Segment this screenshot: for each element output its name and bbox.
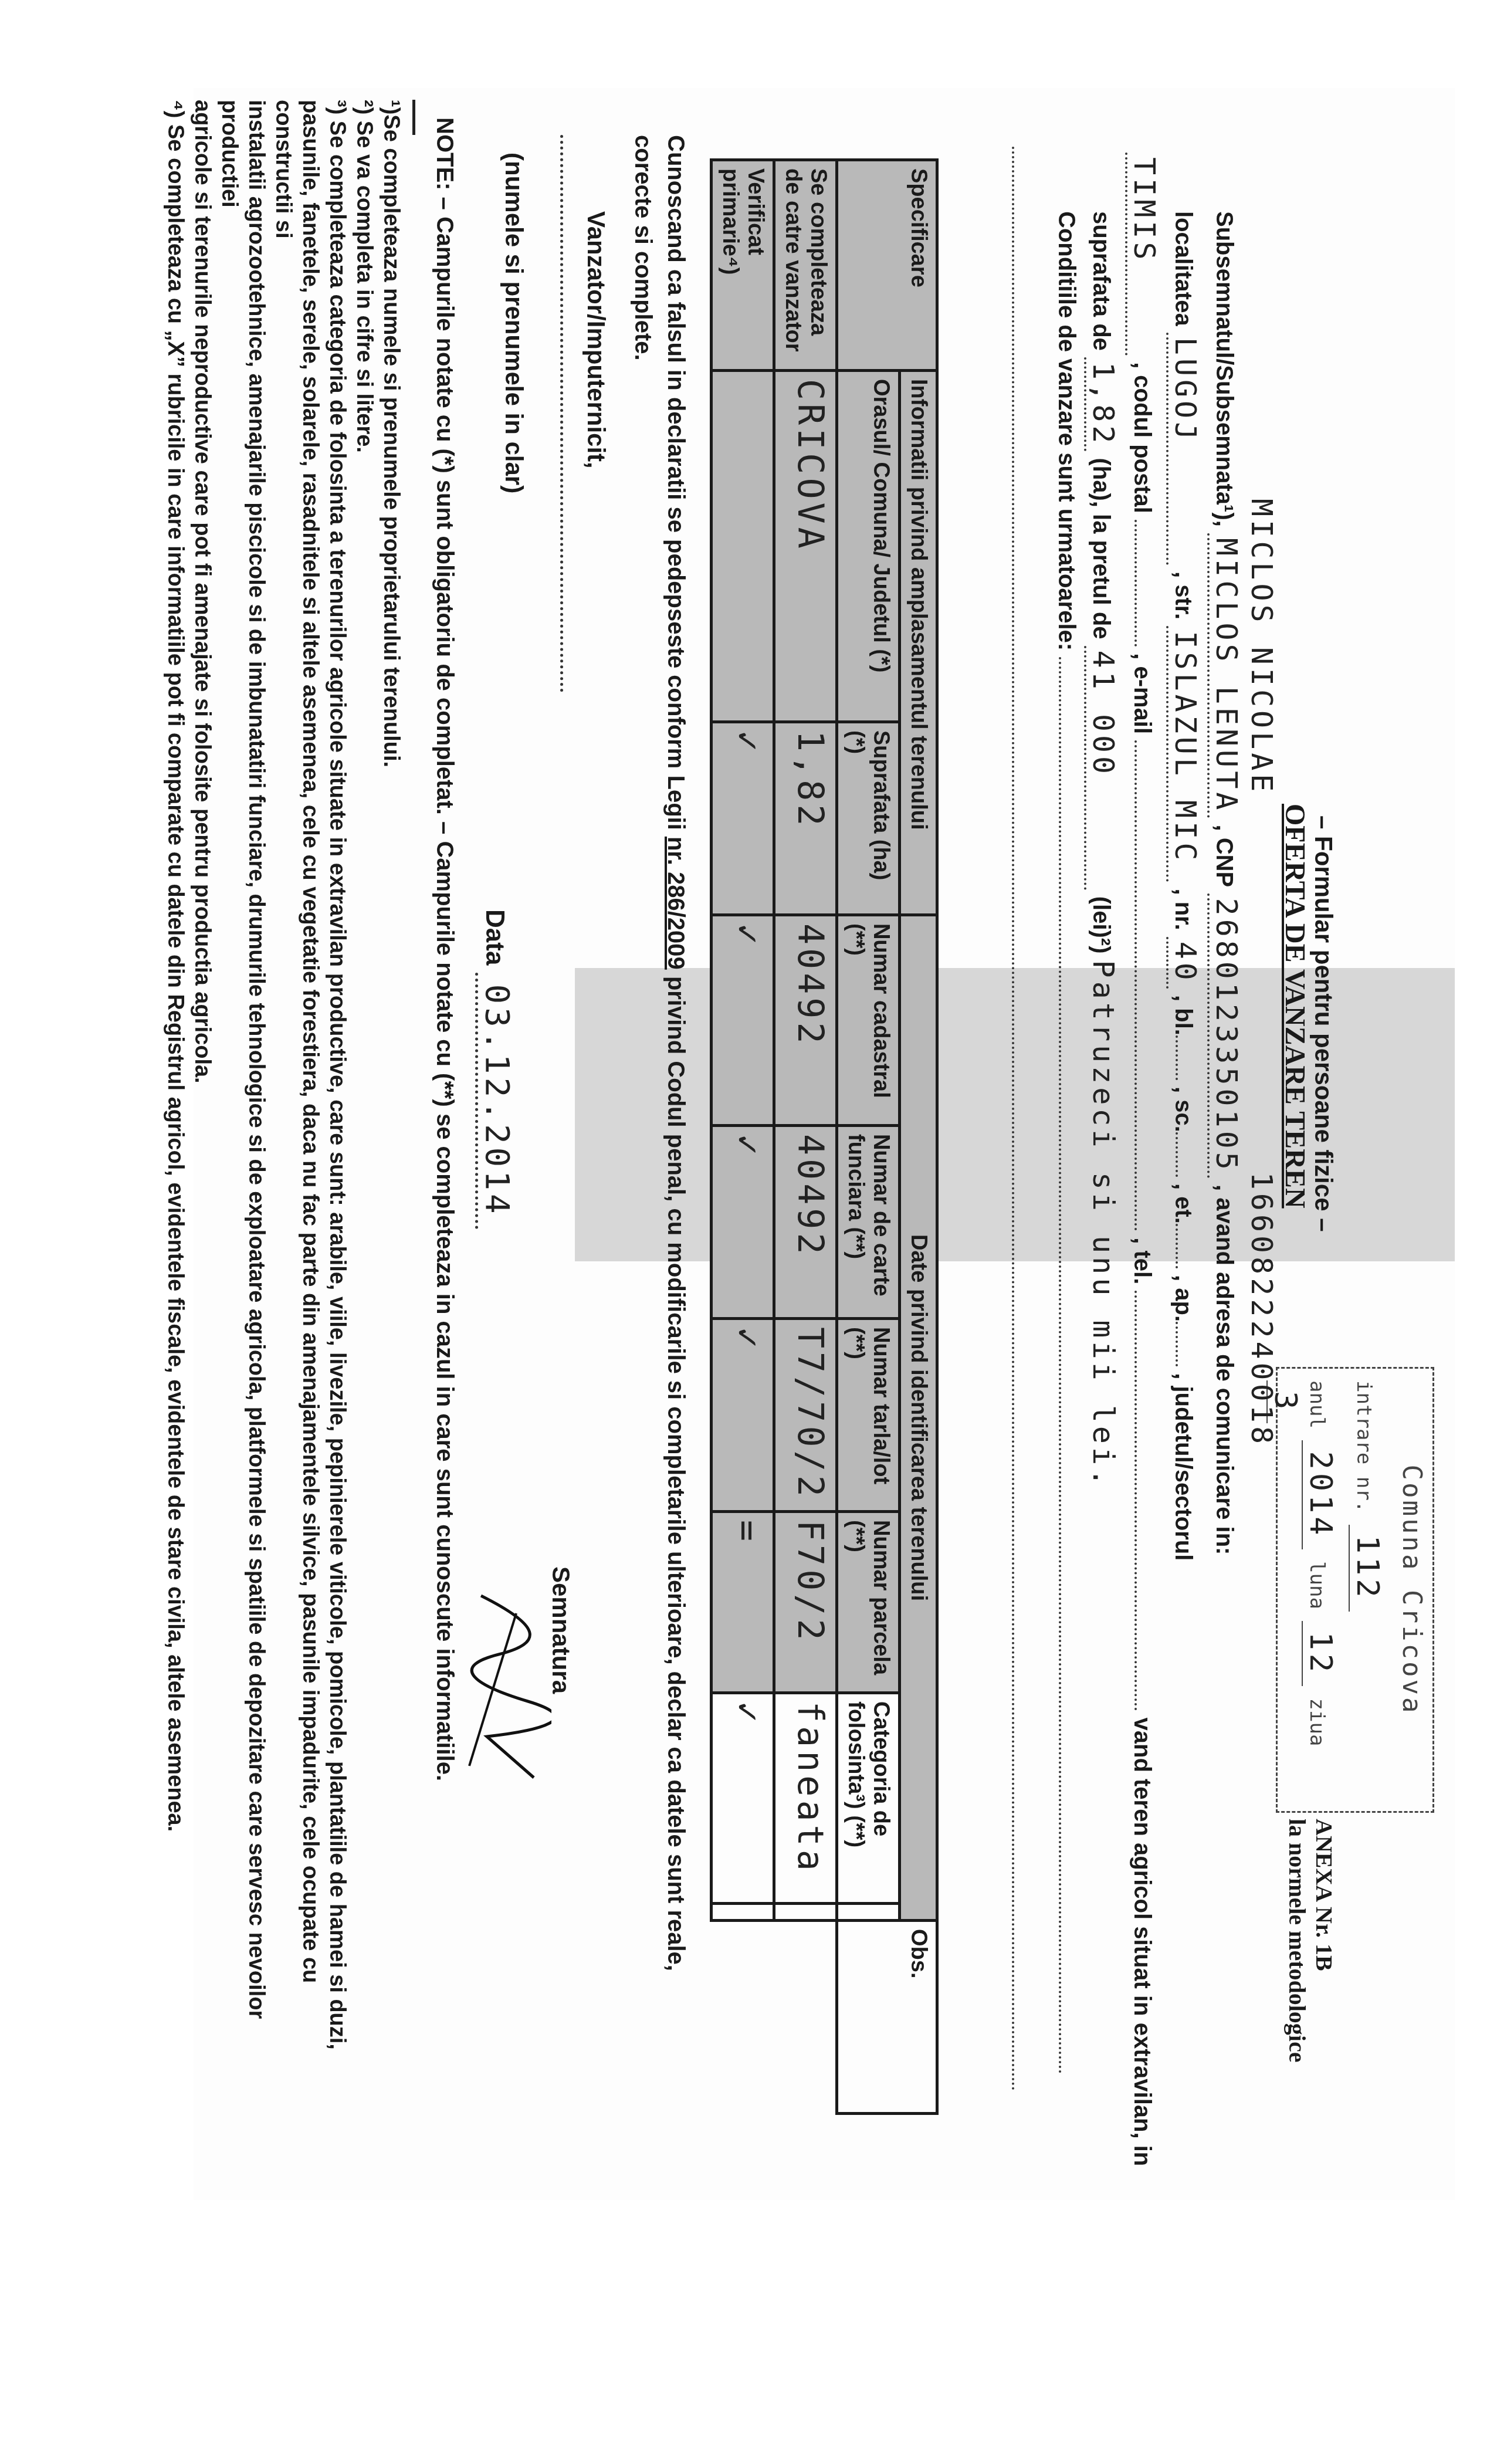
ap-label: , ap. [1170,1275,1196,1322]
declaration-text-1: Cunoscand ca falsul in declaratii se ped… [663,135,689,837]
seller-name-field[interactable] [560,135,563,692]
obs-header: Obs. [837,1921,937,2114]
phone-label: , tel. [1129,1237,1155,1284]
price-value: 41 000 [1086,651,1120,778]
street-value: ISLAZUL MIC [1169,631,1203,864]
area-value: 1,82 [1086,362,1120,446]
stamp-entry-no: 112 [1349,1525,1385,1612]
conditions-label: Conditiile de vanzare sunt urmatoarele: [1054,211,1079,651]
cell-area[interactable]: 1,82 [774,722,837,915]
owner-label: Subsemnatul/Subsemnata¹), [1211,211,1237,527]
locality-value: LUGOJ [1169,337,1203,444]
table-column-header: Orasul/ Comuna/ Judetul (*) Suprafata (h… [837,160,900,2114]
cell-locality[interactable]: CRICOVA [774,371,837,722]
registration-stamp: Comuna Cricova intrare nr. 112 anul 2014… [1276,1367,1434,1813]
offer-row: suprafata de 1,82 (ha), la pretul de 41 … [1084,211,1120,1490]
cell-landbook[interactable]: 40492 [774,1126,837,1319]
form-subtitle: – Formular pentru persoane fizice – [1309,815,1337,1232]
county-label: , judetul/sectorul [1170,1373,1196,1561]
footnote-3-cont-2: instalatii agrozootehnice, amenajarile p… [216,100,270,2094]
footnote-2: ²) Se va completa in cifre si litere. [351,100,378,2094]
cell-verified-parcel[interactable]: = [712,1512,774,1693]
col-tarla-header: Numar tarla/lot (**) [837,1319,900,1512]
area-label: suprafata de [1088,211,1114,351]
sale-intro: vand teren agricol situat in extravilan,… [1129,1718,1155,2167]
notes-line: NOTE: – Campurile notate cu (*) sunt obl… [431,117,458,1781]
conditions-field[interactable] [1059,657,1061,2074]
col-area-header: Suprafata (ha) (*) [837,722,900,915]
owner-cnp-1: 1660822240018 [1245,1172,1279,1447]
spec-header: Specificare [837,160,937,371]
bl-field[interactable] [1176,1035,1178,1080]
table-row: Se completeaza de catre vanzator CRICOVA… [774,160,837,2114]
owner-name-2: MICLOS LENUTA [1210,538,1244,813]
cell-verified-area[interactable]: ✓ [712,722,774,915]
footnotes: ¹)Se completeaza numele si prenumele pro… [162,100,405,2094]
contact-row: TIMIS , codul postal , e-mail , tel. van… [1125,153,1161,2166]
annex-number: ANEXA Nr. 1B [1310,1819,1337,2062]
footnote-3-cont-3: agricole si terenurile neproductive care… [189,100,216,2094]
identification-group-header: Date privind identificarea terenului [900,915,937,1921]
col-category-header: Categoria de folosinta³) (**) [837,1693,900,1904]
cell-tarla[interactable]: T7/70/2 [774,1319,837,1512]
county-value: TIMIS [1127,157,1161,263]
table-group-header: Specificare Informatii privind amplasame… [900,160,937,2114]
seller-name-hint: (numele si prenumele in clar) [500,153,528,493]
county-field[interactable]: TIMIS [1125,153,1161,356]
bl-label: , bl. [1170,995,1196,1035]
footnote-rule [412,100,415,135]
cnp-label: , CNP [1211,824,1237,886]
price-in-words: Patruzeci si unu mii lei. [1086,960,1120,1490]
footnote-3: ³) Se completeaza categoria de folosinta… [324,100,351,2094]
phone-field[interactable] [1134,1291,1137,1711]
area-field[interactable]: 1,82 [1084,357,1120,451]
address-label: , avand adresa de comunicare in: [1211,1184,1237,1555]
locality-label: localitatea [1170,211,1196,326]
street-field[interactable]: ISLAZUL MIC [1166,626,1203,882]
et-field[interactable] [1176,1224,1178,1268]
conditions-field-2[interactable] [1012,147,1014,2092]
declaration: Cunoscand ca falsul in declaratii se ped… [626,135,692,2012]
cell-verified-locality[interactable] [712,371,774,722]
annex-reference: la normele metodologice [1283,1819,1310,2062]
street-label: , str. [1170,571,1196,620]
date-value[interactable]: 03.12.2014 [475,973,516,1229]
stamp-entry-label: intrare nr. [1352,1380,1376,1512]
owner-handwritten-row-1: MICLOS NICOLAE 1660822240018 [1245,499,1279,1447]
footnote-3-cont-1: pasunile, fanetele, serele, solarele, ra… [270,100,324,2094]
conditions-row: Conditiile de vanzare sunt urmatoarele: [1053,211,1079,2074]
document-page: Comuna Cricova intrare nr. 112 anul 2014… [194,88,1455,2200]
footnote-1: ¹)Se completeaza numele si prenumele pro… [378,100,405,2094]
owner-name-1: MICLOS NICOLAE [1245,499,1279,795]
date-row: Data 03.12.2014 [478,909,516,1229]
cell-category[interactable]: faneata [774,1693,837,1904]
email-field[interactable] [1134,740,1137,1231]
annex-label: ANEXA Nr. 1B la normele metodologice [1283,1819,1337,2062]
stamp-year: 2014 [1302,1440,1338,1549]
cell-verified-cadastral[interactable]: ✓ [712,915,774,1126]
stamp-year-label: anul [1305,1380,1329,1429]
land-data-table: Specificare Informatii privind amplasame… [710,158,939,2115]
col-parcel-header: Numar parcela (**) [837,1512,900,1693]
address-row: localitatea LUGOJ , str. ISLAZUL MIC , n… [1166,211,1203,1561]
sc-field[interactable] [1176,1132,1178,1177]
col-landbook-header: Numar de carte funciara (**) [837,1126,900,1319]
declaration-law: nr. 286/2009 [663,837,689,970]
locality-field[interactable]: LUGOJ [1166,333,1203,565]
location-group-header: Informatii privind amplasamentul terenul… [900,371,937,915]
col-locality-header: Orasul/ Comuna/ Judetul (*) [837,371,900,722]
stamp-day-label: ziua [1305,1698,1329,1747]
ap-field[interactable] [1176,1322,1178,1366]
signature-scribble-icon [463,1590,551,1783]
seller-label: Vanzator/Imputernicit, [582,211,610,469]
postal-label: , codul postal [1129,362,1155,513]
owner-row: Subsemnatul/Subsemnata¹), MICLOS LENUTA … [1207,211,1244,1555]
date-label: Data [480,909,509,965]
nr-field[interactable]: 40 [1166,937,1203,989]
row-label-verified: Verificat primarie⁴) [712,160,774,371]
conditions-row-2 [1006,147,1032,2092]
cell-verified-obs[interactable] [712,1904,774,1921]
footnote-4: ⁴) Se completeaza cu „X” rubricile in ca… [162,100,189,2094]
sc-label: , sc. [1170,1087,1196,1132]
cell-parcel[interactable]: F70/2 [774,1512,837,1693]
cell-verified-landbook[interactable]: ✓ [712,1126,774,1319]
price-field[interactable]: 41 000 [1084,646,1120,890]
stamp-month-label: luna [1305,1561,1329,1609]
stamp-title: Comuna Cricova [1397,1380,1427,1799]
area-unit: (ha), la pretul de [1088,458,1114,639]
cell-verified-tarla[interactable]: ✓ [712,1319,774,1512]
stamp-entry-row: intrare nr. 112 [1350,1380,1385,1799]
table-row: Verificat primarie⁴) ✓ ✓ ✓ ✓ = ✓ [712,160,774,2114]
nr-value: 40 [1169,942,1203,984]
cell-verified-category[interactable]: ✓ [712,1693,774,1904]
cell-cadastral[interactable]: 40492 [774,915,837,1126]
row-label-seller: Se completeaza de catre vanzator [774,160,837,371]
email-label: , e-mail [1129,653,1155,734]
price-unit: (lei)²) [1088,896,1114,954]
col-cadastral-header: Numar cadastral (**) [837,915,900,1126]
postal-field[interactable] [1134,520,1137,647]
stamp-month: 12 [1302,1621,1338,1686]
cnp-field[interactable]: 2680123350105 [1207,893,1244,1178]
nr-label: , nr. [1170,888,1196,930]
form-title: OFERTA DE VANZARE TEREN [1279,804,1311,1209]
et-label: , et. [1170,1183,1196,1224]
cell-obs[interactable] [774,1904,837,1921]
owner-cnp-2: 2680123350105 [1210,898,1244,1173]
owner-name-field[interactable]: MICLOS LENUTA [1207,533,1244,818]
